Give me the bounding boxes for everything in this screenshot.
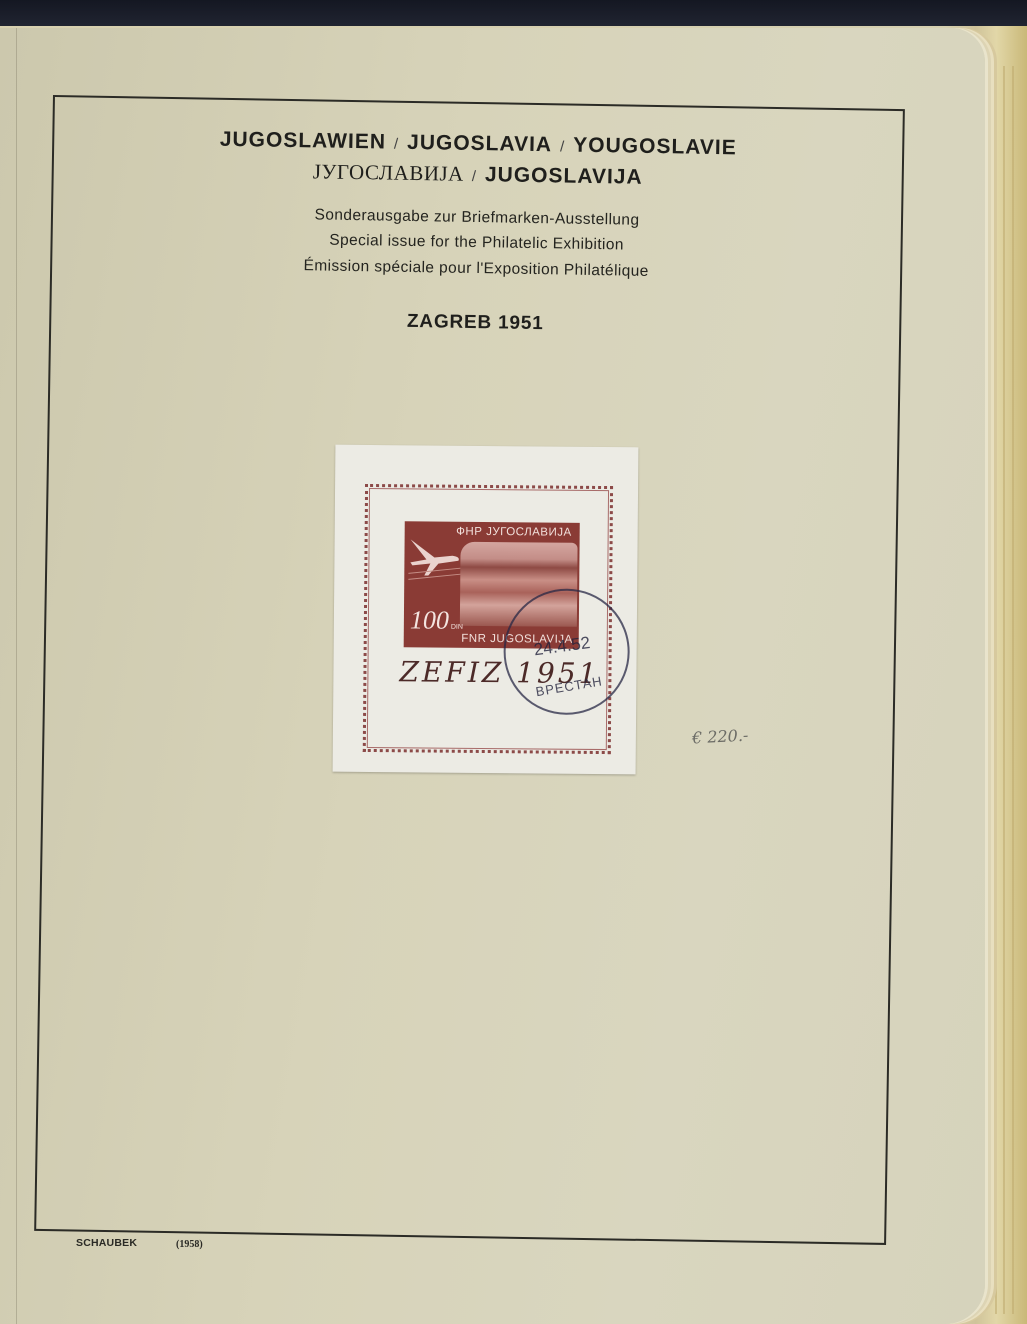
album-scene: JUGOSLAWIEN/JUGOSLAVIA/YOUGOSLAVIE ЈУГОС… (0, 0, 1027, 1324)
heading-cyrillic: ЈУГОСЛАВИЈА (313, 159, 464, 186)
heading-latin: JUGOSLAVIJA (485, 163, 643, 189)
heading-en: JUGOSLAVIA (407, 131, 552, 156)
souvenir-sheet: ФНР ЈУГОСЛАВИЈА 100DIN FNR JUGOSLAVIJA Z… (333, 445, 639, 775)
gutter-line (16, 28, 17, 1324)
subtitle-fr: Émission spéciale pour l'Exposition Phil… (52, 253, 900, 285)
postmark-place: ВРЕСТАН (535, 673, 604, 699)
issue-title: ZAGREB 1951 (51, 305, 899, 341)
postmark: 24.4.52 ВРЕСТАН (503, 588, 630, 715)
stamp-value: 100DIN (410, 605, 463, 635)
footer-year: (1958) (176, 1239, 203, 1250)
handwritten-price: € 220.- (692, 726, 749, 748)
heading-fr: YOUGOSLAVIE (573, 134, 737, 160)
stamp-top-inscription: ФНР ЈУГОСЛАВИЈА (456, 526, 572, 539)
postmark-date: 24.4.52 (533, 633, 592, 660)
heading-de: JUGOSLAWIEN (220, 128, 387, 154)
footer-publisher: SCHAUBEK (76, 1237, 137, 1249)
